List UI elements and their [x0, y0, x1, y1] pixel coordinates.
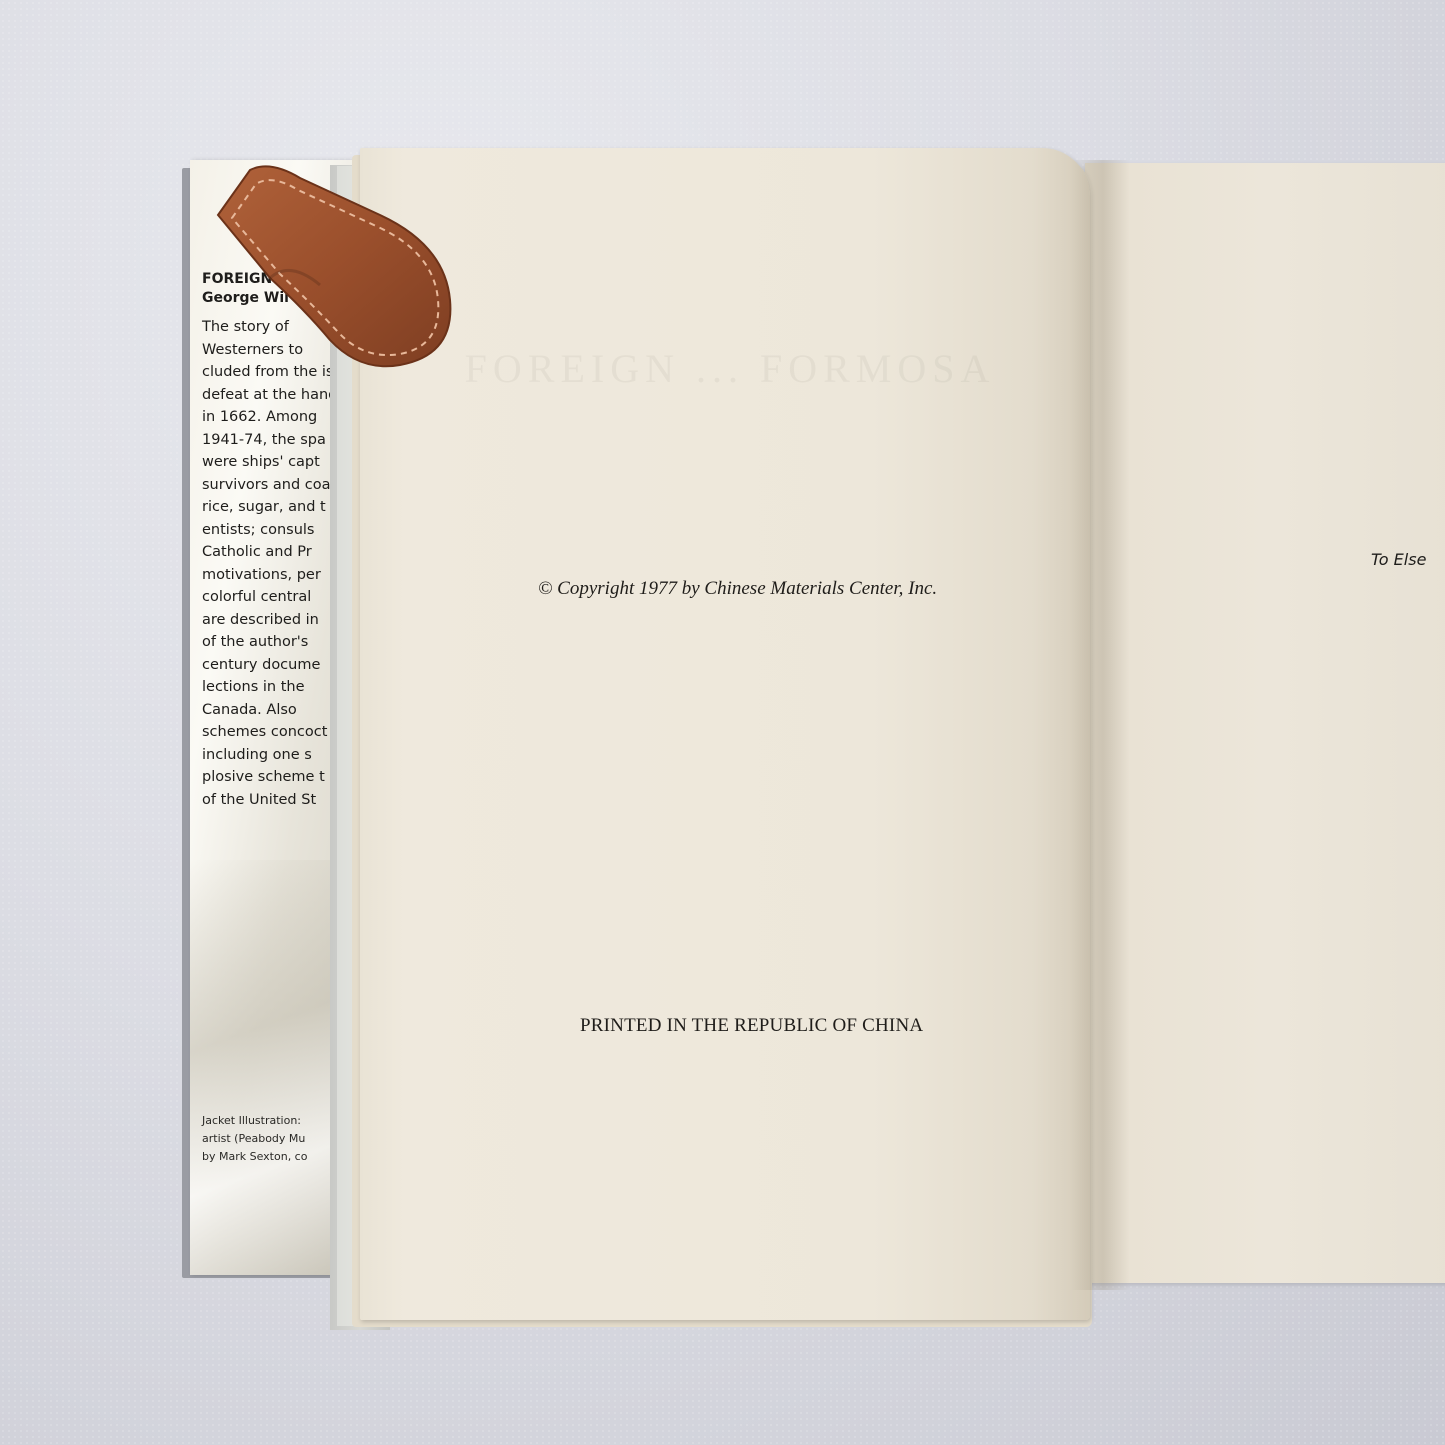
leather-bookmark-icon[interactable] — [210, 160, 460, 380]
dedication-text: To Else — [1371, 550, 1426, 569]
gutter-shadow — [1070, 160, 1130, 1290]
copyright-notice: © Copyright 1977 by Chinese Materials Ce… — [538, 578, 937, 600]
copyright-page: FOREIGN ... FORMOSA © Copyright 1977 by … — [360, 148, 1090, 1320]
printed-in-notice: PRINTED IN THE REPUBLIC OF CHINA — [580, 1015, 923, 1037]
right-page — [1085, 163, 1445, 1283]
show-through-title: FOREIGN ... FORMOSA — [430, 343, 1030, 395]
